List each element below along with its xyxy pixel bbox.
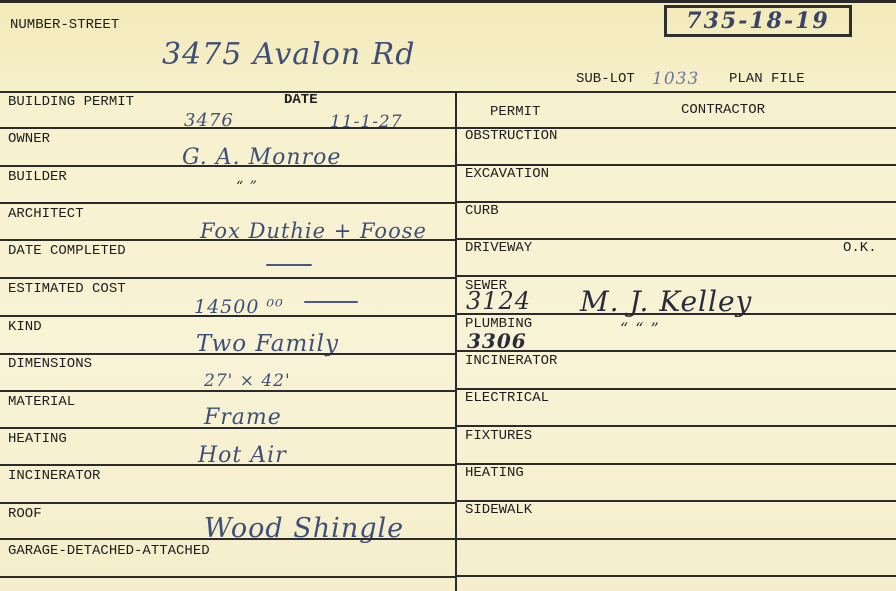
plan-file-label: PLAN FILE [729, 71, 805, 87]
row-divider [457, 538, 896, 540]
fixtures-label: FIXTURES [465, 428, 532, 444]
owner-label: OWNER [8, 131, 50, 147]
header-divider [0, 91, 896, 93]
row-divider [0, 165, 455, 167]
row-divider [457, 425, 896, 427]
row-divider [0, 576, 455, 578]
row-divider [0, 353, 455, 355]
kind-label: KIND [8, 319, 42, 335]
column-divider [455, 91, 457, 591]
row-divider [0, 390, 455, 392]
material-label: MATERIAL [8, 394, 75, 410]
row-divider [457, 201, 896, 203]
row-divider [457, 350, 896, 352]
row-divider [0, 202, 455, 204]
estimated-cost-label: ESTIMATED COST [8, 281, 126, 297]
contractor-column-header: CONTRACTOR [681, 102, 765, 118]
plumbing-contractor-value: “ “ ” [620, 319, 660, 338]
row-divider [0, 502, 455, 504]
card-number-stamp: 735-18-19 [664, 5, 852, 37]
architect-label: ARCHITECT [8, 206, 84, 222]
row-divider [0, 427, 455, 429]
builder-label: BUILDER [8, 169, 67, 185]
row-divider [457, 275, 896, 277]
building-permit-label: BUILDING PERMIT [8, 94, 134, 110]
row-divider [0, 239, 455, 241]
row-divider [0, 315, 455, 317]
curb-label: CURB [465, 203, 499, 219]
building-record-card: 735-18-19 NUMBER-STREET 3475 Avalon Rd S… [0, 0, 896, 591]
incinerator-permit-label: INCINERATOR [465, 353, 557, 369]
obstruction-label: OBSTRUCTION [465, 128, 557, 144]
sub-lot-value: 1033 [652, 69, 699, 89]
dimensions-value: 27' × 42' [204, 371, 291, 391]
permit-date-value: 11-1-27 [330, 112, 403, 132]
driveway-label: DRIVEWAY [465, 240, 532, 256]
cents-underline [304, 301, 358, 303]
row-divider [0, 277, 455, 279]
row-divider [457, 575, 896, 577]
number-street-label: NUMBER-STREET [10, 17, 119, 33]
garage-label: GARAGE-DETACHED-ATTACHED [8, 543, 210, 559]
sub-lot-label: SUB-LOT [576, 71, 635, 87]
roof-label: ROOF [8, 506, 42, 522]
heating-permit-label: HEATING [465, 465, 524, 481]
driveway-ok-note: O.K. [843, 240, 877, 256]
date-label: DATE [284, 92, 318, 108]
date-completed-label: DATE COMPLETED [8, 243, 126, 259]
incinerator-label: INCINERATOR [8, 468, 100, 484]
row-divider [457, 313, 896, 315]
row-divider [0, 464, 455, 466]
dimensions-label: DIMENSIONS [8, 356, 92, 372]
date-completed-dash [266, 264, 312, 266]
number-street-value: 3475 Avalon Rd [162, 37, 415, 72]
electrical-label: ELECTRICAL [465, 390, 549, 406]
row-divider [0, 127, 455, 129]
builder-value: “ ” [236, 179, 258, 195]
heating-label: HEATING [8, 431, 67, 447]
sewer-permit-value: 3124 [466, 287, 531, 315]
sidewalk-label: SIDEWALK [465, 502, 532, 518]
excavation-label: EXCAVATION [465, 166, 549, 182]
permit-column-header: PERMIT [490, 104, 540, 120]
row-divider [0, 538, 455, 540]
